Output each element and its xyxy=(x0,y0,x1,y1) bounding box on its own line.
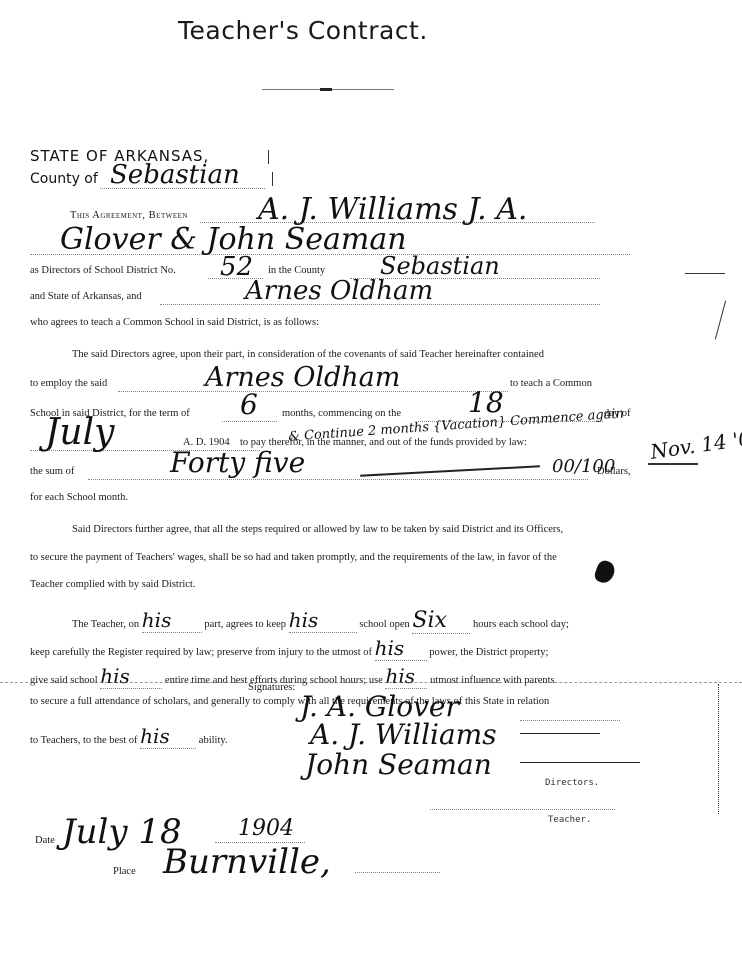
pronoun-field: his xyxy=(289,608,357,633)
place-line xyxy=(355,872,440,873)
teach-clause: who agrees to teach a Common School in s… xyxy=(30,317,319,328)
signature-line-1 xyxy=(520,720,620,721)
recommence-date: Nov. 14 '04 xyxy=(649,424,742,464)
hours-field: Six xyxy=(412,608,470,634)
pronoun-field: his xyxy=(385,664,427,689)
further-line-2: to secure the payment of Teachers' wages… xyxy=(30,552,557,563)
employ-name: Arnes Oldham xyxy=(205,362,400,393)
county-label-inline: in the County xyxy=(268,265,325,276)
director-signature-3: John Seaman xyxy=(305,748,492,781)
teacher-signature-line xyxy=(430,809,615,810)
signature-line-2 xyxy=(520,733,600,734)
fold-crease xyxy=(0,682,742,683)
brace-mark xyxy=(272,172,273,186)
pronoun-field: his xyxy=(140,724,196,749)
teacher-agrees-1: The Teacher, on his part, agrees to keep… xyxy=(72,608,569,634)
date-underline xyxy=(648,463,698,465)
pronoun-field: his xyxy=(100,664,162,689)
date-label: Date xyxy=(35,835,55,846)
employ-tail: to teach a Common xyxy=(510,378,592,389)
term-months-line xyxy=(222,421,277,422)
teacher-agrees-2: keep carefully the Register required by … xyxy=(30,636,548,661)
title-divider xyxy=(262,89,394,90)
months-label: months, commencing on the xyxy=(282,408,401,419)
county-label: County of xyxy=(30,171,98,187)
further-line-3: Teacher complied with by said District. xyxy=(30,579,195,590)
margin-dash xyxy=(685,273,725,274)
state-and-label: and State of Arkansas, and xyxy=(30,291,142,302)
start-month: July xyxy=(45,412,114,453)
margin-mark xyxy=(715,301,726,340)
pronoun-field: his xyxy=(142,608,202,633)
terms-para-start: The said Directors agree, upon their par… xyxy=(72,349,544,360)
sum-line xyxy=(88,479,588,480)
employ-label: to employ the said xyxy=(30,378,107,389)
dollars-label: Dollars, xyxy=(597,466,631,477)
sum-words: Forty five xyxy=(170,446,305,479)
ink-blot xyxy=(593,559,617,586)
teacher-agrees-4: to secure a full attendance of scholars,… xyxy=(30,696,549,707)
directors-label: as Directors of School District No. xyxy=(30,265,176,276)
margin-mark xyxy=(718,684,719,814)
signature-line-3 xyxy=(520,762,640,763)
place-value: Burnville, xyxy=(163,842,331,882)
sum-label: the sum of xyxy=(30,466,74,477)
term-months: 6 xyxy=(240,388,258,421)
place-label: Place xyxy=(113,866,136,877)
sum-flourish xyxy=(360,465,540,476)
pronoun-field: his xyxy=(375,636,427,661)
agreement-intro: This Agreement, Between xyxy=(70,210,188,221)
county-value: Sebastian xyxy=(110,160,240,190)
teacher-name: Arnes Oldham xyxy=(245,276,433,306)
signatures-label: Signatures: xyxy=(248,682,295,693)
teacher-agrees-5: to Teachers, to the best of his ability. xyxy=(30,724,228,749)
director-signature-2: A. J. Williams xyxy=(310,718,497,751)
per-month: for each School month. xyxy=(30,492,128,503)
further-line-1: Said Directors further agree, that all t… xyxy=(72,524,563,535)
document-title: Teacher's Contract. xyxy=(178,16,428,45)
teacher-label: Teacher. xyxy=(548,815,591,825)
year-value: 1904 xyxy=(238,816,294,841)
directors-label: Directors. xyxy=(545,778,599,788)
brace-mark xyxy=(268,150,269,164)
